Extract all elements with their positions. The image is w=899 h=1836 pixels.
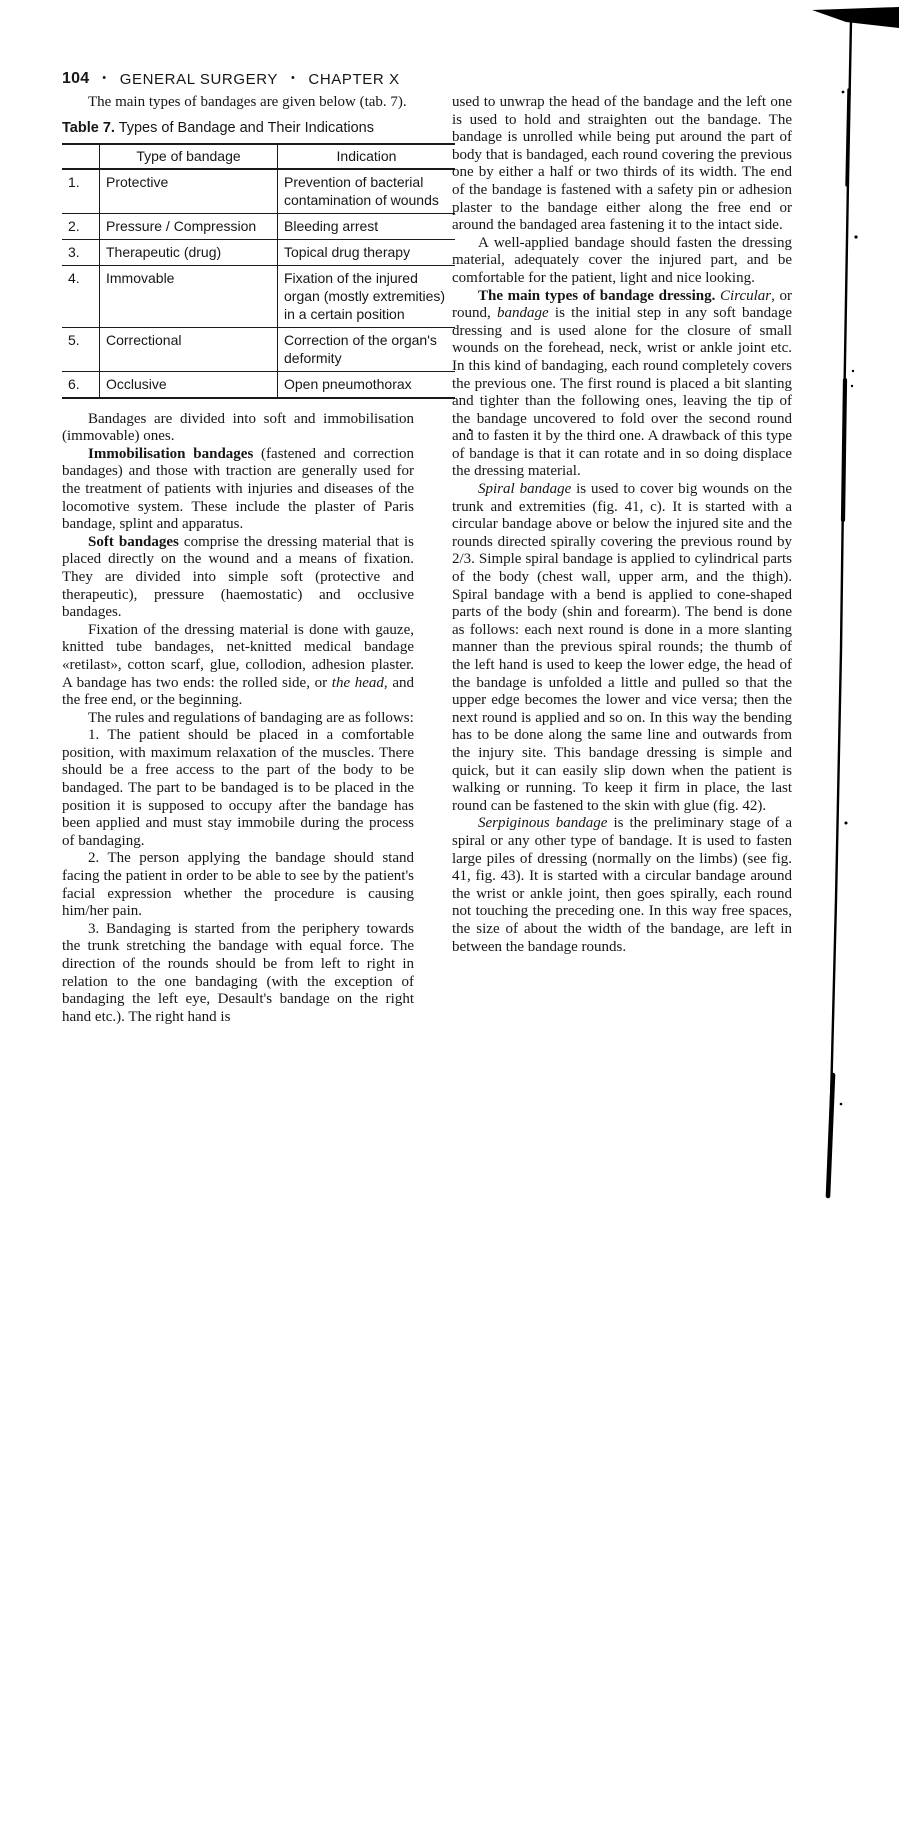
italic-term: bandage — [497, 305, 549, 321]
row-number: 5. — [62, 327, 100, 371]
paragraph-rule-1: 1. The patient should be placed in a com… — [62, 727, 414, 850]
text-run: Bandages are divided into soft and immob… — [62, 411, 414, 445]
row-number: 1. — [62, 169, 100, 214]
text-run: A well-applied bandage should fasten the… — [452, 235, 792, 286]
scan-artifact-wedge — [812, 7, 899, 28]
bandage-indication: Correction of the organ's deformity — [278, 327, 456, 371]
paragraph-soft-bandages: Soft bandages comprise the dressing mate… — [62, 534, 414, 622]
italic-term: Spiral bandage — [478, 481, 571, 497]
page-number: 104 — [62, 70, 89, 88]
paragraph-rules-intro: The rules and regulations of bandaging a… — [62, 710, 414, 728]
table-row: 1. Protective Prevention of bacterial co… — [62, 169, 455, 214]
bold-lead: Soft bandages — [88, 534, 179, 550]
text-run: is the preliminary stage of a spiral or … — [452, 815, 792, 954]
bandage-type: Occlusive — [100, 371, 278, 398]
scan-artifact-streak-thick — [843, 380, 845, 520]
table-row: 4. Immovable Fixation of the injured org… — [62, 265, 455, 327]
scan-speck — [840, 1103, 843, 1106]
column-header-type: Type of bandage — [100, 144, 278, 169]
table-caption: Table 7. Types of Bandage and Their Indi… — [62, 119, 414, 137]
italic-term: the head — [332, 675, 384, 691]
bandage-indication: Fixation of the injured organ (mostly ex… — [278, 265, 456, 327]
right-column: used to unwrap the head of the bandage a… — [452, 94, 792, 956]
scan-artifact-streak — [828, 20, 851, 1196]
row-number: 4. — [62, 265, 100, 327]
paragraph-spiral: Spiral bandage is used to cover big woun… — [452, 481, 792, 815]
row-number: 6. — [62, 371, 100, 398]
paragraph-immobilisation: Immobilisation bandages (fastened and co… — [62, 446, 414, 534]
scanned-book-page: 104 • GENERAL SURGERY • CHAPTER X The ma… — [0, 0, 899, 1836]
book-title: GENERAL SURGERY — [120, 71, 278, 88]
bandage-types-table: Type of bandage Indication 1. Protective… — [62, 143, 455, 399]
paragraph-rule-3: 3. Bandaging is started from the periphe… — [62, 921, 414, 1027]
table-row: 6. Occlusive Open pneumothorax — [62, 371, 455, 398]
text-run: used to unwrap the head of the bandage a… — [452, 94, 792, 233]
italic-term: Serpiginous bandage — [478, 815, 607, 831]
scan-speck — [845, 822, 848, 825]
page-header: 104 • GENERAL SURGERY • CHAPTER X — [62, 70, 400, 88]
table-caption-label: Table 7. — [62, 120, 115, 136]
table-row: 3. Therapeutic (drug) Topical drug thera… — [62, 239, 455, 265]
bandage-indication: Open pneumothorax — [278, 371, 456, 398]
chapter-title: CHAPTER X — [308, 71, 399, 88]
bandage-type: Protective — [100, 169, 278, 214]
paragraph-main-types: The main types of bandage dressing. Circ… — [452, 288, 792, 482]
bandage-type: Immovable — [100, 265, 278, 327]
bandage-type: Therapeutic (drug) — [100, 239, 278, 265]
separator-dot-icon: • — [102, 72, 106, 84]
text-run: is the initial step in any soft bandage … — [452, 305, 792, 479]
row-number: 3. — [62, 239, 100, 265]
italic-term: Circular — [720, 288, 771, 304]
scan-speck — [852, 370, 854, 372]
column-header-number — [62, 144, 100, 169]
bold-lead: The main types of bandage dressing. — [478, 288, 715, 304]
text-run: The rules and regulations of bandaging a… — [88, 710, 414, 726]
table-caption-title: Types of Bandage and Their Indications — [115, 120, 374, 136]
text-run: is used to cover big wounds on the trunk… — [452, 481, 792, 814]
scan-speck — [854, 235, 857, 238]
intro-paragraph: The main types of bandages are given bel… — [62, 94, 414, 112]
bold-lead: Immobilisation bandages — [88, 446, 253, 462]
text-run: The main types of bandages are given bel… — [88, 94, 407, 110]
paragraph-well-applied: A well-applied bandage should fasten the… — [452, 235, 792, 288]
text-run: 1. The patient should be placed in a com… — [62, 727, 414, 849]
bandage-type: Correctional — [100, 327, 278, 371]
paragraph-continuation: used to unwrap the head of the bandage a… — [452, 94, 792, 235]
table-row: 2. Pressure / Compression Bleeding arres… — [62, 213, 455, 239]
bandage-indication: Prevention of bacterial contamination of… — [278, 169, 456, 214]
scan-artifact-streak-thick — [828, 1075, 833, 1196]
paragraph-serpiginous: Serpiginous bandage is the preliminary s… — [452, 815, 792, 956]
paragraph-rule-2: 2. The person applying the bandage shoul… — [62, 850, 414, 920]
scan-speck — [851, 385, 853, 387]
scan-artifact-streak-thick — [847, 90, 849, 185]
separator-dot-icon: • — [291, 72, 295, 84]
column-header-indication: Indication — [278, 144, 456, 169]
paragraph-fixation: Fixation of the dressing material is don… — [62, 622, 414, 710]
table-header-row: Type of bandage Indication — [62, 144, 455, 169]
table-row: 5. Correctional Correction of the organ'… — [62, 327, 455, 371]
text-run: 2. The person applying the bandage shoul… — [62, 850, 414, 919]
bandage-type: Pressure / Compression — [100, 213, 278, 239]
row-number: 2. — [62, 213, 100, 239]
left-column: The main types of bandages are given bel… — [62, 94, 414, 1026]
text-run: 3. Bandaging is started from the periphe… — [62, 921, 414, 1025]
bandage-indication: Topical drug therapy — [278, 239, 456, 265]
scan-speck — [842, 91, 845, 94]
bandage-indication: Bleeding arrest — [278, 213, 456, 239]
paragraph-division: Bandages are divided into soft and immob… — [62, 411, 414, 446]
